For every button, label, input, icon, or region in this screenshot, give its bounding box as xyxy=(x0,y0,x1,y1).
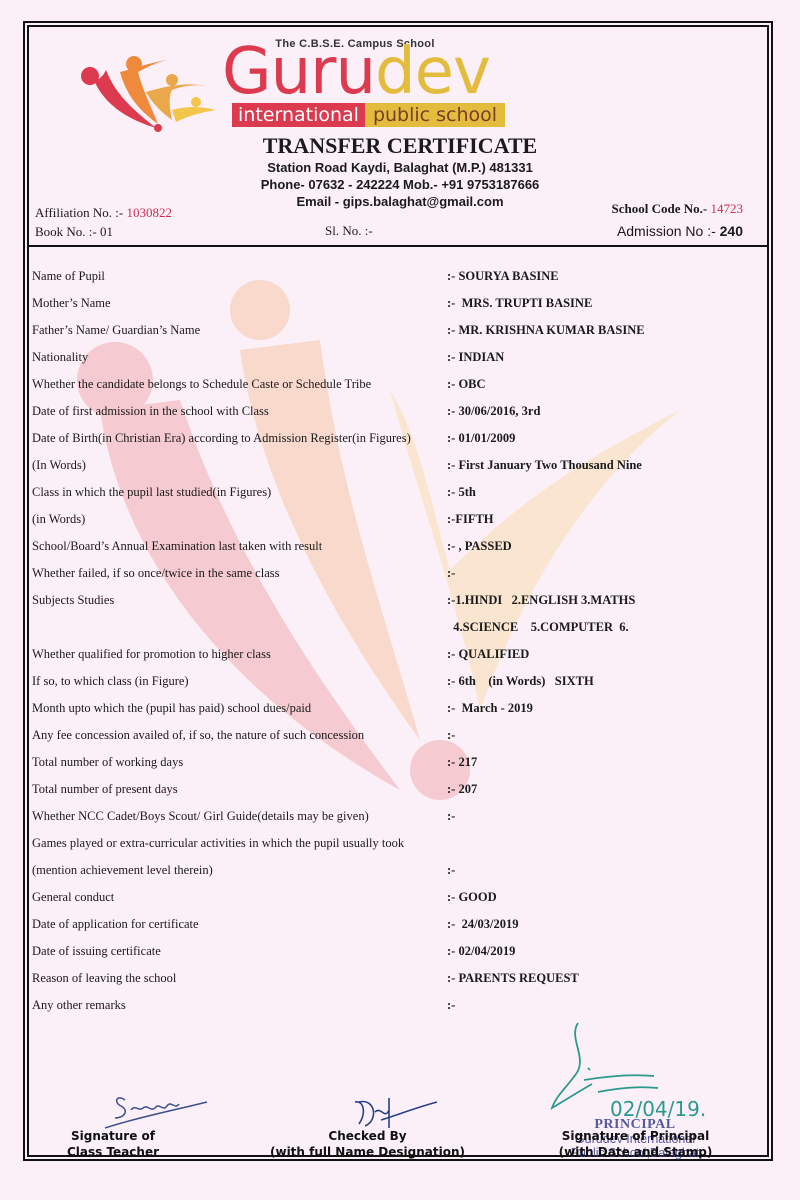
field-label: Subjects Studies xyxy=(32,593,114,608)
book-number: Book No. :- 01 xyxy=(35,224,113,240)
field-value: :- 24/03/2019 xyxy=(447,917,519,932)
field-row: 4.SCIENCE 5.COMPUTER 6. xyxy=(32,620,762,647)
field-value: :- 207 xyxy=(447,782,477,797)
field-row: Name of Pupil:- SOURYA BASINE xyxy=(32,269,762,296)
field-row: Any other remarks:- xyxy=(32,998,762,1025)
school-code-label: School Code No.- xyxy=(612,201,711,216)
field-value: :- xyxy=(447,863,455,878)
school-code-value: 14723 xyxy=(711,201,744,216)
checked-label-line2: (with full Name Designation) xyxy=(260,1144,475,1160)
admission-value: 240 xyxy=(720,223,743,239)
principal-label-line2: (with Date and Stamp) xyxy=(548,1144,723,1160)
field-value: :- 02/04/2019 xyxy=(447,944,515,959)
field-row: Total number of present days:- 207 xyxy=(32,782,762,809)
field-value: :- 217 xyxy=(447,755,477,770)
serial-number: Sl. No. :- xyxy=(325,223,373,239)
field-label: General conduct xyxy=(32,890,114,905)
field-value: :- March - 2019 xyxy=(447,701,533,716)
field-row: Reason of leaving the school:- PARENTS R… xyxy=(32,971,762,998)
field-label: Father’s Name/ Guardian’s Name xyxy=(32,323,200,338)
field-row: Father’s Name/ Guardian’s Name:- MR. KRI… xyxy=(32,323,762,350)
field-value: :- OBC xyxy=(447,377,486,392)
field-label: Total number of working days xyxy=(32,755,183,770)
field-label: Date of first admission in the school wi… xyxy=(32,404,269,419)
field-value: :- 30/06/2016, 3rd xyxy=(447,404,540,419)
field-value: :- MRS. TRUPTI BASINE xyxy=(447,296,592,311)
checked-by-label: Checked By (with full Name Designation) xyxy=(260,1128,475,1160)
field-row: Date of Birth(in Christian Era) accordin… xyxy=(32,431,762,458)
field-value: :- xyxy=(447,728,455,743)
field-value: :- First January Two Thousand Nine xyxy=(447,458,642,473)
field-label: Whether the candidate belongs to Schedul… xyxy=(32,377,371,392)
class-teacher-signature-label: Signature of Class Teacher xyxy=(58,1128,168,1160)
field-row: If so, to which class (in Figure):- 6th … xyxy=(32,674,762,701)
field-value: :- xyxy=(447,566,455,581)
field-row: Whether qualified for promotion to highe… xyxy=(32,647,762,674)
field-label: (In Words) xyxy=(32,458,86,473)
field-value: :- MR. KRISHNA KUMAR BASINE xyxy=(447,323,645,338)
school-logo-icon xyxy=(76,50,226,132)
field-row: Whether failed, if so once/twice in the … xyxy=(32,566,762,593)
field-label: Name of Pupil xyxy=(32,269,105,284)
field-value: :- xyxy=(447,998,455,1013)
subtitle-public-school: public school xyxy=(365,103,505,127)
certificate-title: TRANSFER CERTIFICATE xyxy=(0,133,800,159)
field-row: School/Board’s Annual Examination last t… xyxy=(32,539,762,566)
affiliation-label: Affiliation No. :- xyxy=(35,205,126,220)
field-label: Reason of leaving the school xyxy=(32,971,176,986)
subtitle-international: international xyxy=(232,103,365,127)
field-label: Date of issuing certificate xyxy=(32,944,161,959)
field-label: Games played or extra-curricular activit… xyxy=(32,836,404,851)
field-label: Whether failed, if so once/twice in the … xyxy=(32,566,279,581)
header-divider xyxy=(27,245,769,247)
field-value: :- QUALIFIED xyxy=(447,647,529,662)
field-label: Class in which the pupil last studied(in… xyxy=(32,485,271,500)
affiliation-number: Affiliation No. :- 1030822 xyxy=(35,205,172,221)
field-label: (in Words) xyxy=(32,512,85,527)
admission-number: Admission No :- 240 xyxy=(617,223,743,239)
field-row: Whether the candidate belongs to Schedul… xyxy=(32,377,762,404)
teacher-label-line2: Class Teacher xyxy=(58,1144,168,1160)
school-brand-name: Gurudev xyxy=(222,40,490,104)
field-label: Mother’s Name xyxy=(32,296,111,311)
principal-signature-label: Signature of Principal (with Date and St… xyxy=(548,1128,723,1160)
field-value: :- 6th (in Words) SIXTH xyxy=(447,674,594,689)
field-value: :- 5th xyxy=(447,485,476,500)
teacher-label-line1: Signature of xyxy=(58,1128,168,1144)
school-code: School Code No.- 14723 xyxy=(612,201,743,217)
field-value: :- INDIAN xyxy=(447,350,504,365)
field-row: Subjects Studies:-1.HINDI 2.ENGLISH 3.MA… xyxy=(32,593,762,620)
field-label: Date of application for certificate xyxy=(32,917,199,932)
field-row: Month upto which the (pupil has paid) sc… xyxy=(32,701,762,728)
school-address: Station Road Kaydi, Balaghat (M.P.) 4813… xyxy=(0,160,800,175)
field-row: Date of issuing certificate:- 02/04/2019 xyxy=(32,944,762,971)
field-value: :- 01/01/2009 xyxy=(447,431,515,446)
field-label: School/Board’s Annual Examination last t… xyxy=(32,539,322,554)
field-label: (mention achievement level therein) xyxy=(32,863,213,878)
field-label: Date of Birth(in Christian Era) accordin… xyxy=(32,431,411,446)
field-row: Total number of working days:- 217 xyxy=(32,755,762,782)
field-value: :- GOOD xyxy=(447,890,497,905)
field-value: :-FIFTH xyxy=(447,512,494,527)
field-row: Mother’s Name:- MRS. TRUPTI BASINE xyxy=(32,296,762,323)
school-subtitle: international public school xyxy=(232,103,505,127)
admission-label: Admission No :- xyxy=(617,223,720,239)
affiliation-value: 1030822 xyxy=(126,205,172,220)
field-value: :- SOURYA BASINE xyxy=(447,269,559,284)
field-label: If so, to which class (in Figure) xyxy=(32,674,189,689)
field-row: Date of first admission in the school wi… xyxy=(32,404,762,431)
field-row: (In Words):- First January Two Thousand … xyxy=(32,458,762,485)
field-value: :- , PASSED xyxy=(447,539,512,554)
field-row: (mention achievement level therein):- xyxy=(32,863,762,890)
field-label: Total number of present days xyxy=(32,782,178,797)
field-label: Month upto which the (pupil has paid) sc… xyxy=(32,701,311,716)
checked-label-line1: Checked By xyxy=(260,1128,475,1144)
field-row: Any fee concession availed of, if so, th… xyxy=(32,728,762,755)
certificate-fields: Name of Pupil:- SOURYA BASINEMother’s Na… xyxy=(32,269,762,1025)
field-row: Date of application for certificate:- 24… xyxy=(32,917,762,944)
field-row: Class in which the pupil last studied(in… xyxy=(32,485,762,512)
field-label: Any fee concession availed of, if so, th… xyxy=(32,728,364,743)
brand-part-dev: dev xyxy=(375,35,490,109)
field-label: Whether qualified for promotion to highe… xyxy=(32,647,271,662)
school-phone: Phone- 07632 - 242224 Mob.- +91 97531876… xyxy=(0,177,800,192)
field-row: Games played or extra-curricular activit… xyxy=(32,836,762,863)
field-value: :- PARENTS REQUEST xyxy=(447,971,579,986)
field-row: Whether NCC Cadet/Boys Scout/ Girl Guide… xyxy=(32,809,762,836)
field-row: Nationality:- INDIAN xyxy=(32,350,762,377)
field-value: 4.SCIENCE 5.COMPUTER 6. xyxy=(447,620,629,635)
field-row: (in Words):-FIFTH xyxy=(32,512,762,539)
field-label: Whether NCC Cadet/Boys Scout/ Girl Guide… xyxy=(32,809,369,824)
field-row: General conduct:- GOOD xyxy=(32,890,762,917)
principal-label-line1: Signature of Principal xyxy=(548,1128,723,1144)
field-value: :-1.HINDI 2.ENGLISH 3.MATHS xyxy=(447,593,635,608)
field-value: :- xyxy=(447,809,455,824)
field-label: Any other remarks xyxy=(32,998,126,1013)
brand-part-guru: Guru xyxy=(222,35,375,109)
field-label: Nationality xyxy=(32,350,88,365)
